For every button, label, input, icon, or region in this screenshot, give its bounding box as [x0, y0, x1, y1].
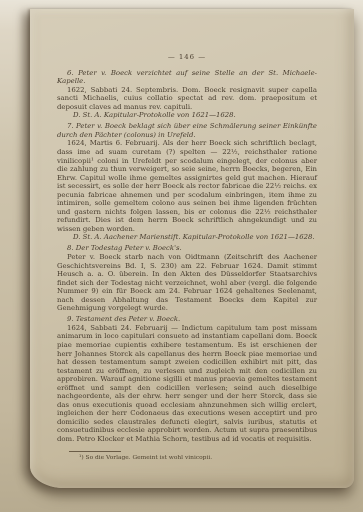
section-source: D. St. A. Kapitular-Protokolle von 1621—… — [73, 111, 317, 120]
section-source: D. St. A. Aachener Marienstift. Kapitula… — [73, 233, 317, 242]
page-number: — 146 — — [57, 53, 317, 62]
section-paragraph: 1624, Martis 6. Februarij. Als der herr … — [57, 139, 317, 233]
footnote-divider — [69, 451, 121, 452]
footnote-text: ¹) So die Vorlage. Gemeint ist wohl vini… — [79, 455, 317, 462]
section-heading: 9. Testament des Peter v. Boeck. — [57, 315, 317, 324]
page-text-column: — 146 — 6. Peter v. Boeck verzichtet auf… — [57, 53, 317, 462]
section-8: 8. Der Todestag Peter v. Boeck's. Peter … — [57, 244, 317, 312]
book-page: — 146 — 6. Peter v. Boeck verzichtet auf… — [30, 9, 354, 488]
section-heading: 8. Der Todestag Peter v. Boeck's. — [57, 244, 317, 253]
section-paragraph: Peter v. Boeck starb nach von Oidtmann (… — [57, 253, 317, 313]
scanned-page: — 146 — 6. Peter v. Boeck verzichtet auf… — [0, 0, 363, 512]
section-heading: 7. Peter v. Boeck beklagt sich über eine… — [57, 122, 317, 139]
section-7: 7. Peter v. Boeck beklagt sich über eine… — [57, 122, 317, 242]
section-6: 6. Peter v. Boeck verzichtet auf seine S… — [57, 69, 317, 120]
section-paragraph: 1622, Sabbati 24. Septembris. Dom. Boeck… — [57, 86, 317, 112]
section-paragraph: 1624, Sabbati 24. Februarij — Indictum c… — [57, 324, 317, 444]
section-heading: 6. Peter v. Boeck verzichtet auf seine S… — [57, 69, 317, 86]
section-9: 9. Testament des Peter v. Boeck. 1624, S… — [57, 315, 317, 443]
